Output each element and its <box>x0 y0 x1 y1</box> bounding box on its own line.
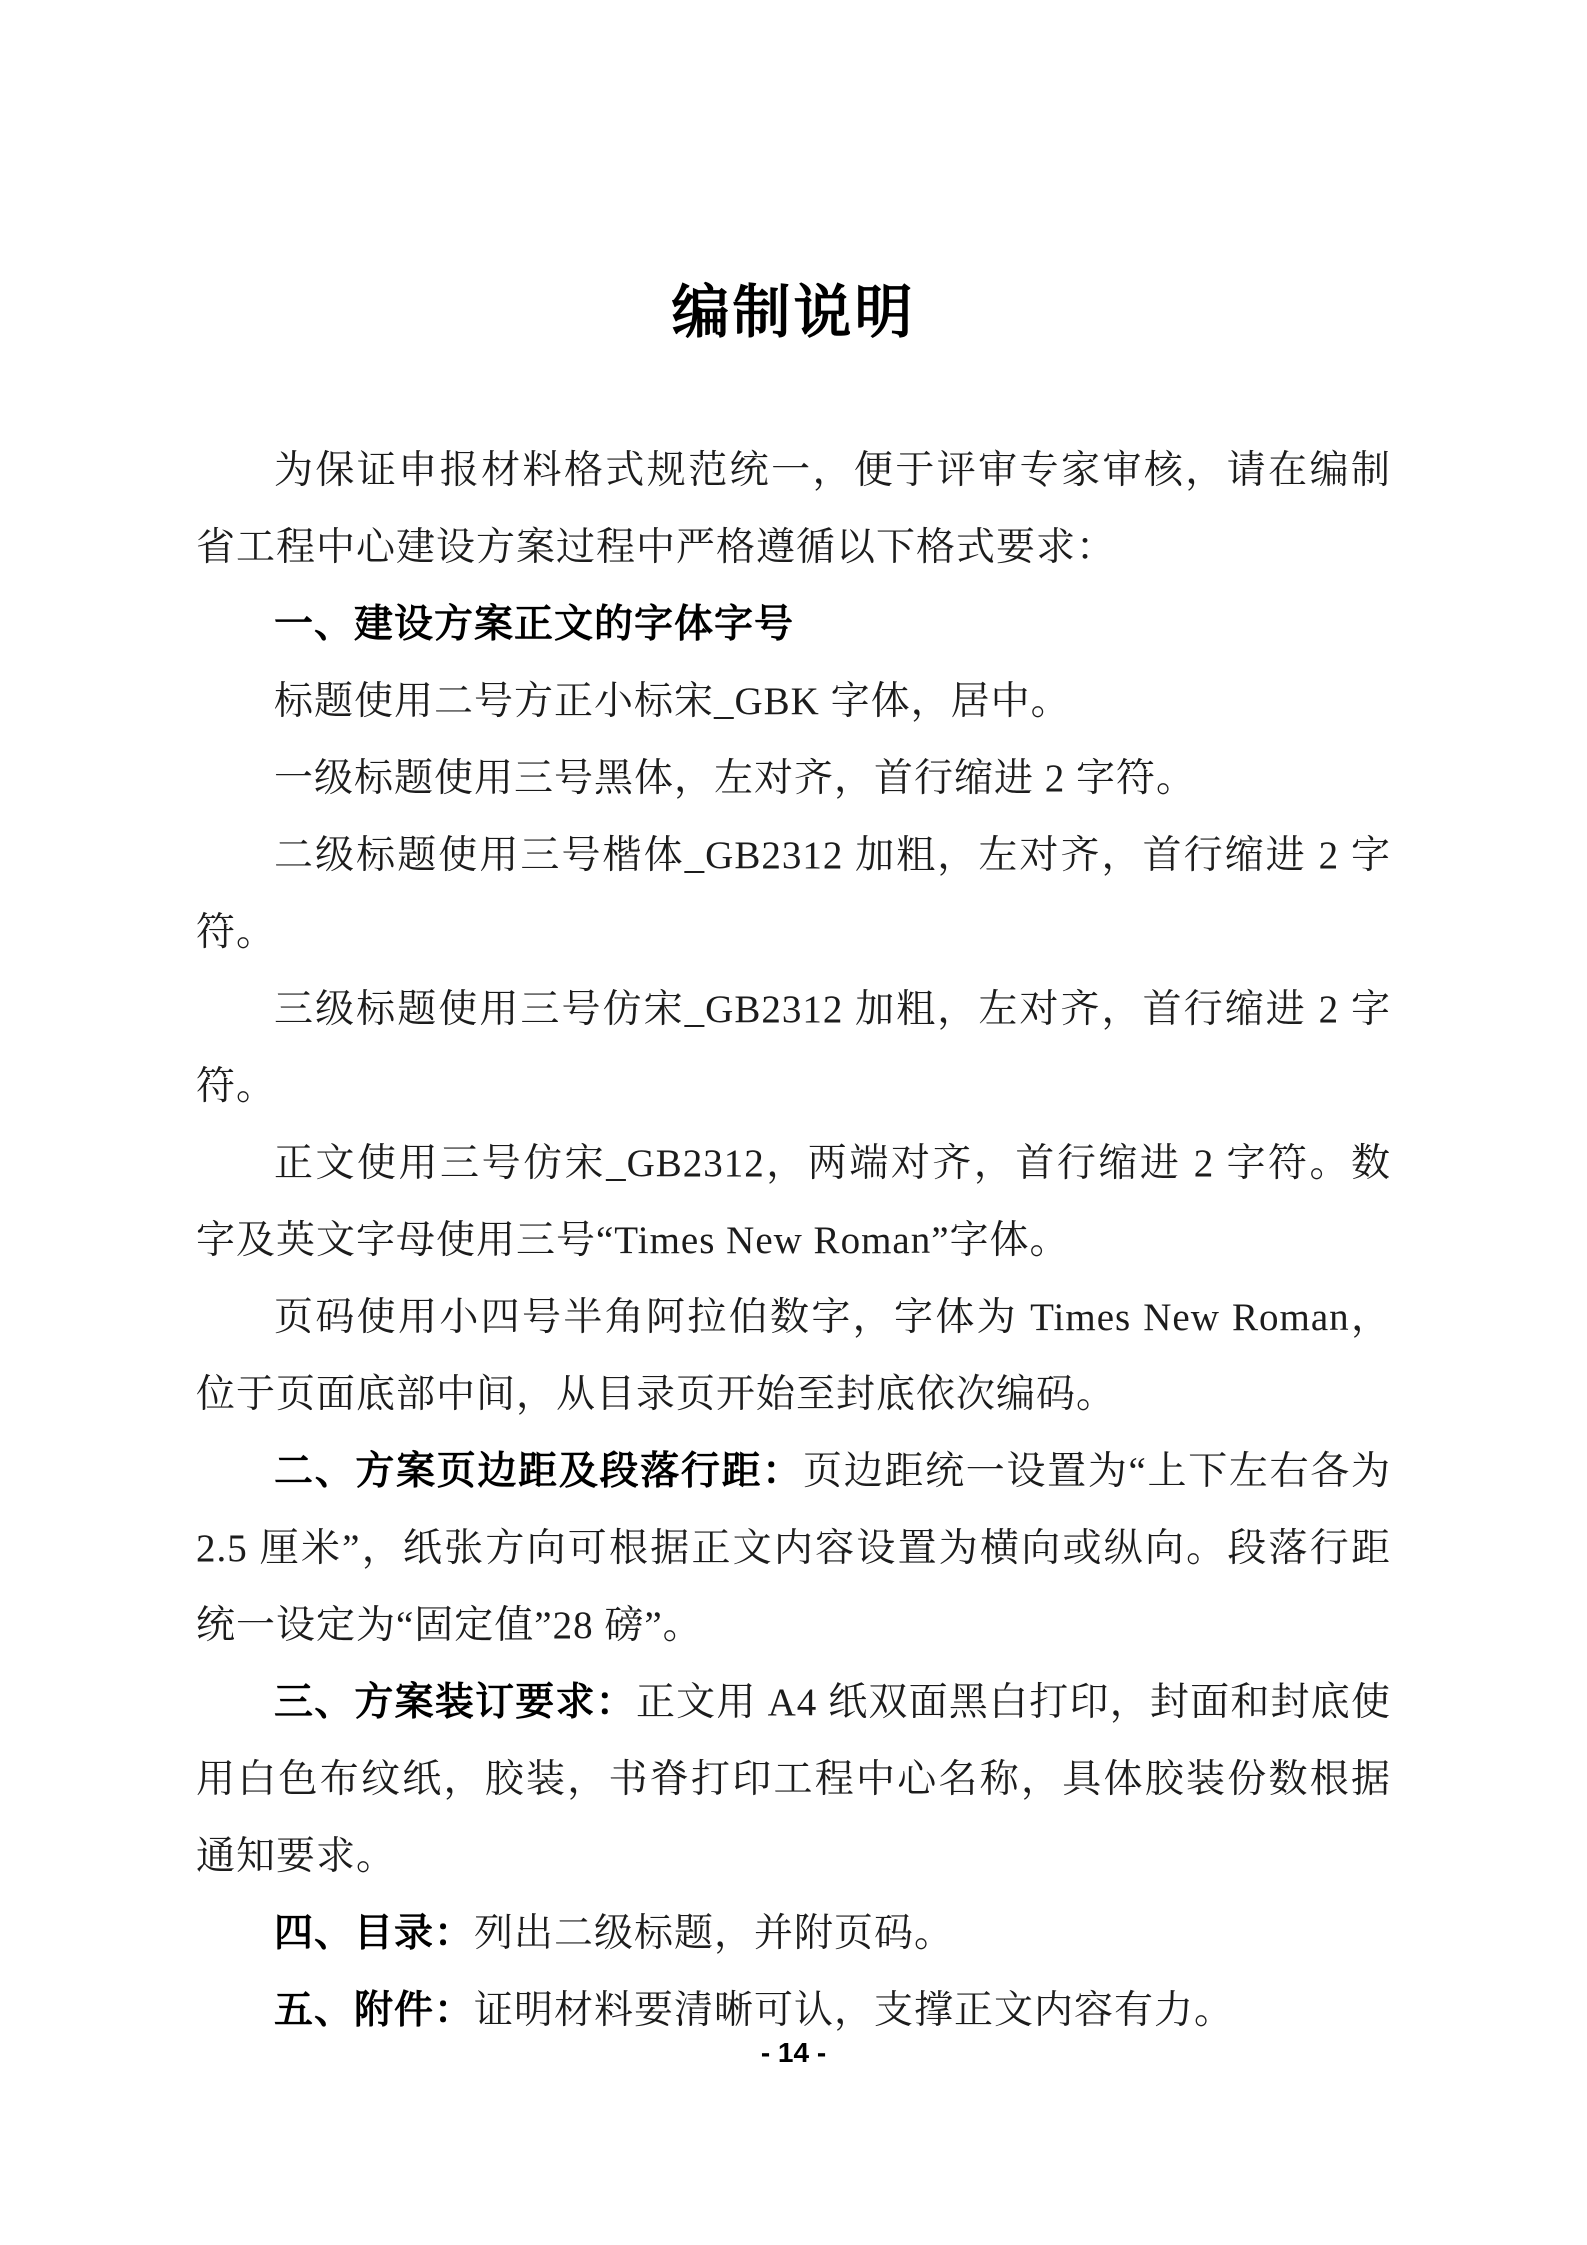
paragraph-heading3-font: 三级标题使用三号仿宋_GB2312 加粗，左对齐，首行缩进 2 字符。 <box>196 971 1391 1125</box>
section-heading-label: 四、目录： <box>274 1912 474 1955</box>
section-heading-2-paragraph: 二、方案页边距及段落行距：页边距统一设置为“上下左右各为 2.5 厘米”，纸张方… <box>196 1433 1391 1664</box>
paragraph-intro: 为保证申报材料格式规范统一，便于评审专家审核，请在编制省工程中心建设方案过程中严… <box>196 432 1391 586</box>
paragraph-text: 列出二级标题，并附页码。 <box>474 1912 954 1955</box>
paragraph-heading2-font: 二级标题使用三号楷体_GB2312 加粗，左对齐，首行缩进 2 字符。 <box>196 817 1391 971</box>
document-page: 编制说明 为保证申报材料格式规范统一，便于评审专家审核，请在编制省工程中心建设方… <box>0 0 1587 2245</box>
paragraph-body-font: 正文使用三号仿宋_GB2312，两端对齐，首行缩进 2 字符。数字及英文字母使用… <box>196 1125 1391 1279</box>
section-heading-label: 一、建设方案正文的字体字号 <box>274 603 794 646</box>
section-heading-label: 二、方案页边距及段落行距： <box>274 1450 803 1493</box>
page-number: - 14 - <box>761 2037 826 2068</box>
section-heading-label: 三、方案装订要求： <box>274 1681 636 1724</box>
section-heading-3-paragraph: 三、方案装订要求：正文用 A4 纸双面黑白打印，封面和封底使用白色布纹纸，胶装，… <box>196 1664 1391 1895</box>
document-title: 编制说明 <box>0 0 1587 348</box>
section-heading-4-paragraph: 四、目录：列出二级标题，并附页码。 <box>196 1895 1391 1972</box>
paragraph-text: 页码使用小四号半角阿拉伯数字，字体为 Times New Roman，位于页面底… <box>196 1296 1391 1416</box>
paragraph-text: 标题使用二号方正小标宋_GBK 字体，居中。 <box>274 680 1071 723</box>
paragraph-text: 为保证申报材料格式规范统一，便于评审专家审核，请在编制省工程中心建设方案过程中严… <box>196 449 1391 569</box>
paragraph-text: 三级标题使用三号仿宋_GB2312 加粗，左对齐，首行缩进 2 字符。 <box>196 988 1391 1108</box>
paragraph-text: 二级标题使用三号楷体_GB2312 加粗，左对齐，首行缩进 2 字符。 <box>196 834 1391 954</box>
paragraph-title-font: 标题使用二号方正小标宋_GBK 字体，居中。 <box>196 663 1391 740</box>
document-body: 为保证申报材料格式规范统一，便于评审专家审核，请在编制省工程中心建设方案过程中严… <box>196 432 1391 2049</box>
paragraph-heading1-font: 一级标题使用三号黑体，左对齐，首行缩进 2 字符。 <box>196 740 1391 817</box>
paragraph-text: 证明材料要清晰可认，支撑正文内容有力。 <box>474 1989 1234 2032</box>
page-footer: - 14 - <box>0 2036 1587 2070</box>
paragraph-text: 正文使用三号仿宋_GB2312，两端对齐，首行缩进 2 字符。数字及英文字母使用… <box>196 1142 1391 1262</box>
paragraph-page-number-font: 页码使用小四号半角阿拉伯数字，字体为 Times New Roman，位于页面底… <box>196 1279 1391 1433</box>
section-heading-label: 五、附件： <box>274 1989 474 2032</box>
paragraph-text: 一级标题使用三号黑体，左对齐，首行缩进 2 字符。 <box>274 757 1196 800</box>
section-heading-1: 一、建设方案正文的字体字号 <box>196 586 1391 663</box>
